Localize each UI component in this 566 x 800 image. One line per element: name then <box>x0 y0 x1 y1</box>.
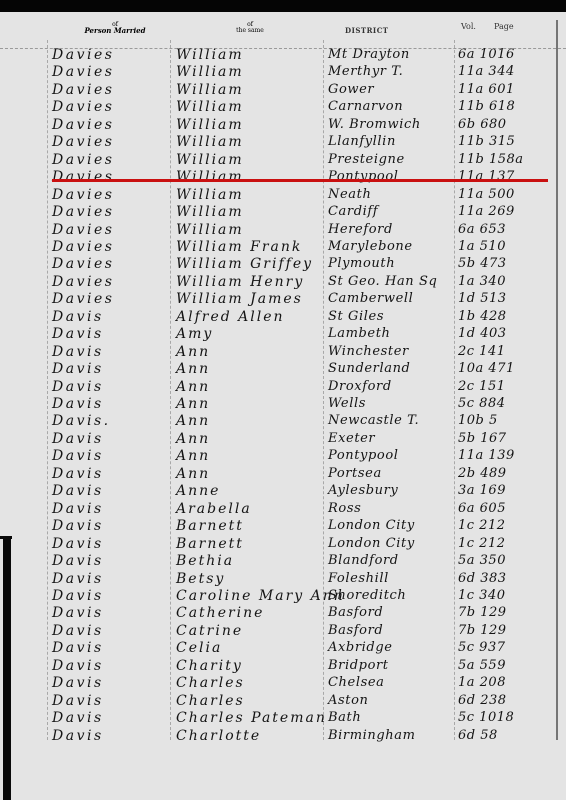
volume-page-cell: 1c 212 <box>458 535 506 553</box>
forename-cell: Charles Pateman <box>176 709 327 727</box>
district-cell: Hereford <box>328 221 393 239</box>
surname-cell: Davis <box>52 639 104 657</box>
volume-page-cell: 5b 167 <box>458 430 507 448</box>
forename-cell: William <box>176 98 244 116</box>
volume-page-cell: 6b 680 <box>458 116 507 134</box>
district-cell: Marylebone <box>328 238 413 256</box>
volume-page-cell: 11a 344 <box>458 63 515 81</box>
surname-cell: Davis <box>52 587 104 605</box>
volume-page-cell: 2c 151 <box>458 378 506 396</box>
surname-cell: Davis <box>52 674 104 692</box>
forename-cell: Ann <box>176 343 210 361</box>
volume-page-cell: 6d 383 <box>458 570 507 588</box>
register-row: DaviesWilliamW. Bromwich6b 680 <box>0 116 566 134</box>
header-name: of the same <box>225 22 275 34</box>
register-row: DavisAnnPortsea2b 489 <box>0 465 566 483</box>
district-cell: Gower <box>328 81 374 99</box>
district-cell: Blandford <box>328 552 399 570</box>
forename-cell: Alfred Allen <box>176 308 285 326</box>
surname-cell: Davies <box>52 116 114 134</box>
forename-cell: William <box>176 81 244 99</box>
surname-cell: Davies <box>52 203 114 221</box>
district-cell: Lambeth <box>328 325 391 343</box>
district-cell: Basford <box>328 604 383 622</box>
register-row: DavisCharityBridport5a 559 <box>0 657 566 675</box>
forename-cell: William James <box>176 290 303 308</box>
district-cell: Birmingham <box>328 727 416 745</box>
volume-page-cell: 11b 618 <box>458 98 515 116</box>
district-cell: Ross <box>328 500 361 518</box>
forename-cell: Charles <box>176 674 245 692</box>
register-row: DavisCatrineBasford7b 129 <box>0 622 566 640</box>
district-cell: Merthyr T. <box>328 63 403 81</box>
surname-cell: Davis <box>52 308 104 326</box>
forename-cell: William Henry <box>176 273 304 291</box>
forename-cell: Bethia <box>176 552 234 570</box>
header-label: Person Married <box>70 28 160 34</box>
volume-page-cell: 6d 238 <box>458 692 507 710</box>
district-cell: Exeter <box>328 430 375 448</box>
volume-page-cell: 1a 510 <box>458 238 506 256</box>
surname-cell: Davis <box>52 500 104 518</box>
forename-cell: Catherine <box>176 604 264 622</box>
volume-page-cell: 1c 340 <box>458 587 506 605</box>
district-cell: Chelsea <box>328 674 385 692</box>
register-row: DaviesWilliam JamesCamberwell1d 513 <box>0 290 566 308</box>
forename-cell: Barnett <box>176 535 244 553</box>
forename-cell: Ann <box>176 447 210 465</box>
register-row: DavisAlfred AllenSt Giles1b 428 <box>0 308 566 326</box>
register-row: DavisCeliaAxbridge5c 937 <box>0 639 566 657</box>
district-cell: Presteigne <box>328 151 405 169</box>
surname-cell: Davies <box>52 63 114 81</box>
surname-cell: Davis <box>52 535 104 553</box>
forename-cell: Betsy <box>176 570 225 588</box>
volume-page-cell: 7b 129 <box>458 604 507 622</box>
surname-cell: Davies <box>52 46 114 64</box>
register-row: DavisAnnPontypool11a 139 <box>0 447 566 465</box>
register-row: DavisAnnWells5c 884 <box>0 395 566 413</box>
surname-cell: Davis <box>52 552 104 570</box>
forename-cell: Charity <box>176 657 243 675</box>
district-cell: Mt Drayton <box>328 46 410 64</box>
register-row: DaviesWilliamCarnarvon11b 618 <box>0 98 566 116</box>
volume-page-cell: 6d 58 <box>458 727 498 745</box>
surname-cell: Davies <box>52 133 114 151</box>
surname-cell: Davis <box>52 482 104 500</box>
volume-page-cell: 3a 169 <box>458 482 506 500</box>
register-row: DaviesWilliam FrankMarylebone1a 510 <box>0 238 566 256</box>
surname-cell: Davies <box>52 151 114 169</box>
district-cell: Sunderland <box>328 360 410 378</box>
header-vol: Vol. <box>461 22 476 31</box>
register-row: DaviesWilliam GriffeyPlymouth5b 473 <box>0 255 566 273</box>
surname-cell: Davis <box>52 622 104 640</box>
district-cell: Neath <box>328 186 371 204</box>
surname-cell: Davis <box>52 395 104 413</box>
surname-cell: Davies <box>52 81 114 99</box>
register-row: DavisBethiaBlandford5a 350 <box>0 552 566 570</box>
surname-cell: Davis <box>52 325 104 343</box>
surname-cell: Davies <box>52 255 114 273</box>
volume-page-cell: 11a 269 <box>458 203 515 221</box>
register-row: Davis.AnnNewcastle T.10b 5 <box>0 412 566 430</box>
surname-cell: Davis <box>52 604 104 622</box>
district-cell: Bridport <box>328 657 389 675</box>
forename-cell: Ann <box>176 395 210 413</box>
forename-cell: William <box>176 151 244 169</box>
volume-page-cell: 11a 137 <box>458 168 515 186</box>
district-cell: Portsea <box>328 465 382 483</box>
surname-cell: Davis <box>52 709 104 727</box>
surname-cell: Davies <box>52 98 114 116</box>
surname-cell: Davis <box>52 570 104 588</box>
forename-cell: Ann <box>176 430 210 448</box>
forename-cell: Caroline Mary Ann <box>176 587 345 605</box>
register-row: DavisCharlesChelsea1a 208 <box>0 674 566 692</box>
register-row: DavisAnnWinchester2c 141 <box>0 343 566 361</box>
district-cell: Camberwell <box>328 290 413 308</box>
volume-page-cell: 1d 403 <box>458 325 507 343</box>
volume-page-cell: 11a 500 <box>458 186 515 204</box>
surname-cell: Davis <box>52 657 104 675</box>
district-cell: W. Bromwich <box>328 116 421 134</box>
forename-cell: William Griffey <box>176 255 313 273</box>
volume-page-cell: 2b 489 <box>458 465 507 483</box>
forename-cell: Arabella <box>176 500 252 518</box>
surname-cell: Davies <box>52 290 114 308</box>
surname-cell: Davis. <box>52 412 111 430</box>
forename-cell: Barnett <box>176 517 244 535</box>
district-cell: Bath <box>328 709 361 727</box>
volume-page-cell: 1c 212 <box>458 517 506 535</box>
header-page: Page <box>494 22 514 31</box>
register-row: DaviesWilliamPresteigne11b 158a <box>0 151 566 169</box>
district-cell: Basford <box>328 622 383 640</box>
forename-cell: William <box>176 116 244 134</box>
surname-cell: Davis <box>52 343 104 361</box>
volume-page-cell: 11b 315 <box>458 133 515 151</box>
forename-cell: Anne <box>176 482 220 500</box>
surname-cell: Davis <box>52 727 104 745</box>
surname-cell: Davies <box>52 186 114 204</box>
surname-cell: Davies <box>52 168 114 186</box>
surname-cell: Davies <box>52 221 114 239</box>
register-row: DavisBetsyFoleshill6d 383 <box>0 570 566 588</box>
forename-cell: Celia <box>176 639 222 657</box>
register-row: DaviesWilliamNeath11a 500 <box>0 186 566 204</box>
register-row: DavisCharles PatemanBath5c 1018 <box>0 709 566 727</box>
forename-cell: William <box>176 203 244 221</box>
district-cell: Foleshill <box>328 570 389 588</box>
volume-page-cell: 5a 350 <box>458 552 506 570</box>
district-cell: Pontypool <box>328 447 399 465</box>
register-row: DavisBarnettLondon City1c 212 <box>0 535 566 553</box>
forename-cell: William <box>176 221 244 239</box>
district-cell: Pontypool <box>328 168 399 186</box>
forename-cell: Ann <box>176 412 210 430</box>
register-row: DaviesWilliamMt Drayton6a 1016 <box>0 46 566 64</box>
district-cell: London City <box>328 535 415 553</box>
volume-page-cell: 11a 139 <box>458 447 515 465</box>
register-row: DaviesWilliamLlanfyllin11b 315 <box>0 133 566 151</box>
register-row: DavisArabellaRoss6a 605 <box>0 500 566 518</box>
register-row: DavisBarnettLondon City1c 212 <box>0 517 566 535</box>
volume-page-cell: 1b 428 <box>458 308 507 326</box>
surname-cell: Davis <box>52 465 104 483</box>
district-cell: London City <box>328 517 415 535</box>
district-cell: Axbridge <box>328 639 393 657</box>
register-row: DavisAnnSunderland10a 471 <box>0 360 566 378</box>
register-row: DaviesWilliamMerthyr T.11a 344 <box>0 63 566 81</box>
forename-cell: William <box>176 168 244 186</box>
district-cell: Aston <box>328 692 368 710</box>
register-row: DavisAnnExeter5b 167 <box>0 430 566 448</box>
register-row: DaviesWilliamHereford6a 653 <box>0 221 566 239</box>
forename-cell: Catrine <box>176 622 243 640</box>
district-cell: Cardiff <box>328 203 378 221</box>
scan-top-border <box>0 0 566 12</box>
surname-cell: Davis <box>52 360 104 378</box>
volume-page-cell: 5b 473 <box>458 255 507 273</box>
highlight-underline <box>52 179 548 182</box>
volume-page-cell: 11a 601 <box>458 81 515 99</box>
district-cell: Droxford <box>328 378 392 396</box>
district-cell: Llanfyllin <box>328 133 396 151</box>
forename-cell: William <box>176 133 244 151</box>
forename-cell: William Frank <box>176 238 302 256</box>
forename-cell: Ann <box>176 465 210 483</box>
forename-cell: Ann <box>176 378 210 396</box>
forename-cell: Charles <box>176 692 245 710</box>
register-row: DavisAnnDroxford2c 151 <box>0 378 566 396</box>
volume-page-cell: 10b 5 <box>458 412 498 430</box>
register-row: DaviesWilliamGower11a 601 <box>0 81 566 99</box>
register-row: DavisCatherineBasford7b 129 <box>0 604 566 622</box>
forename-cell: Ann <box>176 360 210 378</box>
district-cell: St Geo. Han Sq <box>328 273 437 291</box>
surname-cell: Davis <box>52 517 104 535</box>
forename-cell: William <box>176 46 244 64</box>
district-cell: Wells <box>328 395 366 413</box>
header-person-married: of Person Married <box>70 22 160 34</box>
district-cell: Plymouth <box>328 255 395 273</box>
volume-page-cell: 5c 1018 <box>458 709 514 727</box>
volume-page-cell: 1d 513 <box>458 290 507 308</box>
volume-page-cell: 10a 471 <box>458 360 515 378</box>
header-label: the same <box>225 28 275 34</box>
register-row: DavisCaroline Mary AnnShoreditch1c 340 <box>0 587 566 605</box>
surname-cell: Davis <box>52 378 104 396</box>
forename-cell: Charlotte <box>176 727 261 745</box>
district-cell: Aylesbury <box>328 482 398 500</box>
register-row: DaviesWilliamPontypool11a 137 <box>0 168 566 186</box>
volume-page-cell: 5a 559 <box>458 657 506 675</box>
volume-page-cell: 6a 605 <box>458 500 506 518</box>
volume-page-cell: 6a 653 <box>458 221 506 239</box>
surname-cell: Davis <box>52 430 104 448</box>
volume-page-cell: 5c 937 <box>458 639 506 657</box>
district-cell: Carnarvon <box>328 98 403 116</box>
surname-cell: Davies <box>52 273 114 291</box>
volume-page-cell: 7b 129 <box>458 622 507 640</box>
volume-page-cell: 6a 1016 <box>458 46 515 64</box>
register-row: DavisAnneAylesbury3a 169 <box>0 482 566 500</box>
district-cell: Shoreditch <box>328 587 406 605</box>
surname-cell: Davis <box>52 692 104 710</box>
volume-page-cell: 1a 340 <box>458 273 506 291</box>
register-row: DavisAmyLambeth1d 403 <box>0 325 566 343</box>
volume-page-cell: 2c 141 <box>458 343 506 361</box>
surname-cell: Davies <box>52 238 114 256</box>
district-cell: Newcastle T. <box>328 412 419 430</box>
register-row: DaviesWilliamCardiff11a 269 <box>0 203 566 221</box>
forename-cell: Amy <box>176 325 213 343</box>
surname-cell: Davis <box>52 447 104 465</box>
district-cell: St Giles <box>328 308 384 326</box>
volume-page-cell: 11b 158a <box>458 151 524 169</box>
forename-cell: William <box>176 63 244 81</box>
district-cell: Winchester <box>328 343 409 361</box>
register-row: DaviesWilliam HenrySt Geo. Han Sq1a 340 <box>0 273 566 291</box>
forename-cell: William <box>176 186 244 204</box>
register-row: DavisCharlesAston6d 238 <box>0 692 566 710</box>
volume-page-cell: 1a 208 <box>458 674 506 692</box>
header-district: DISTRICT <box>345 26 388 35</box>
volume-page-cell: 5c 884 <box>458 395 506 413</box>
register-row: DavisCharlotteBirmingham6d 58 <box>0 727 566 745</box>
